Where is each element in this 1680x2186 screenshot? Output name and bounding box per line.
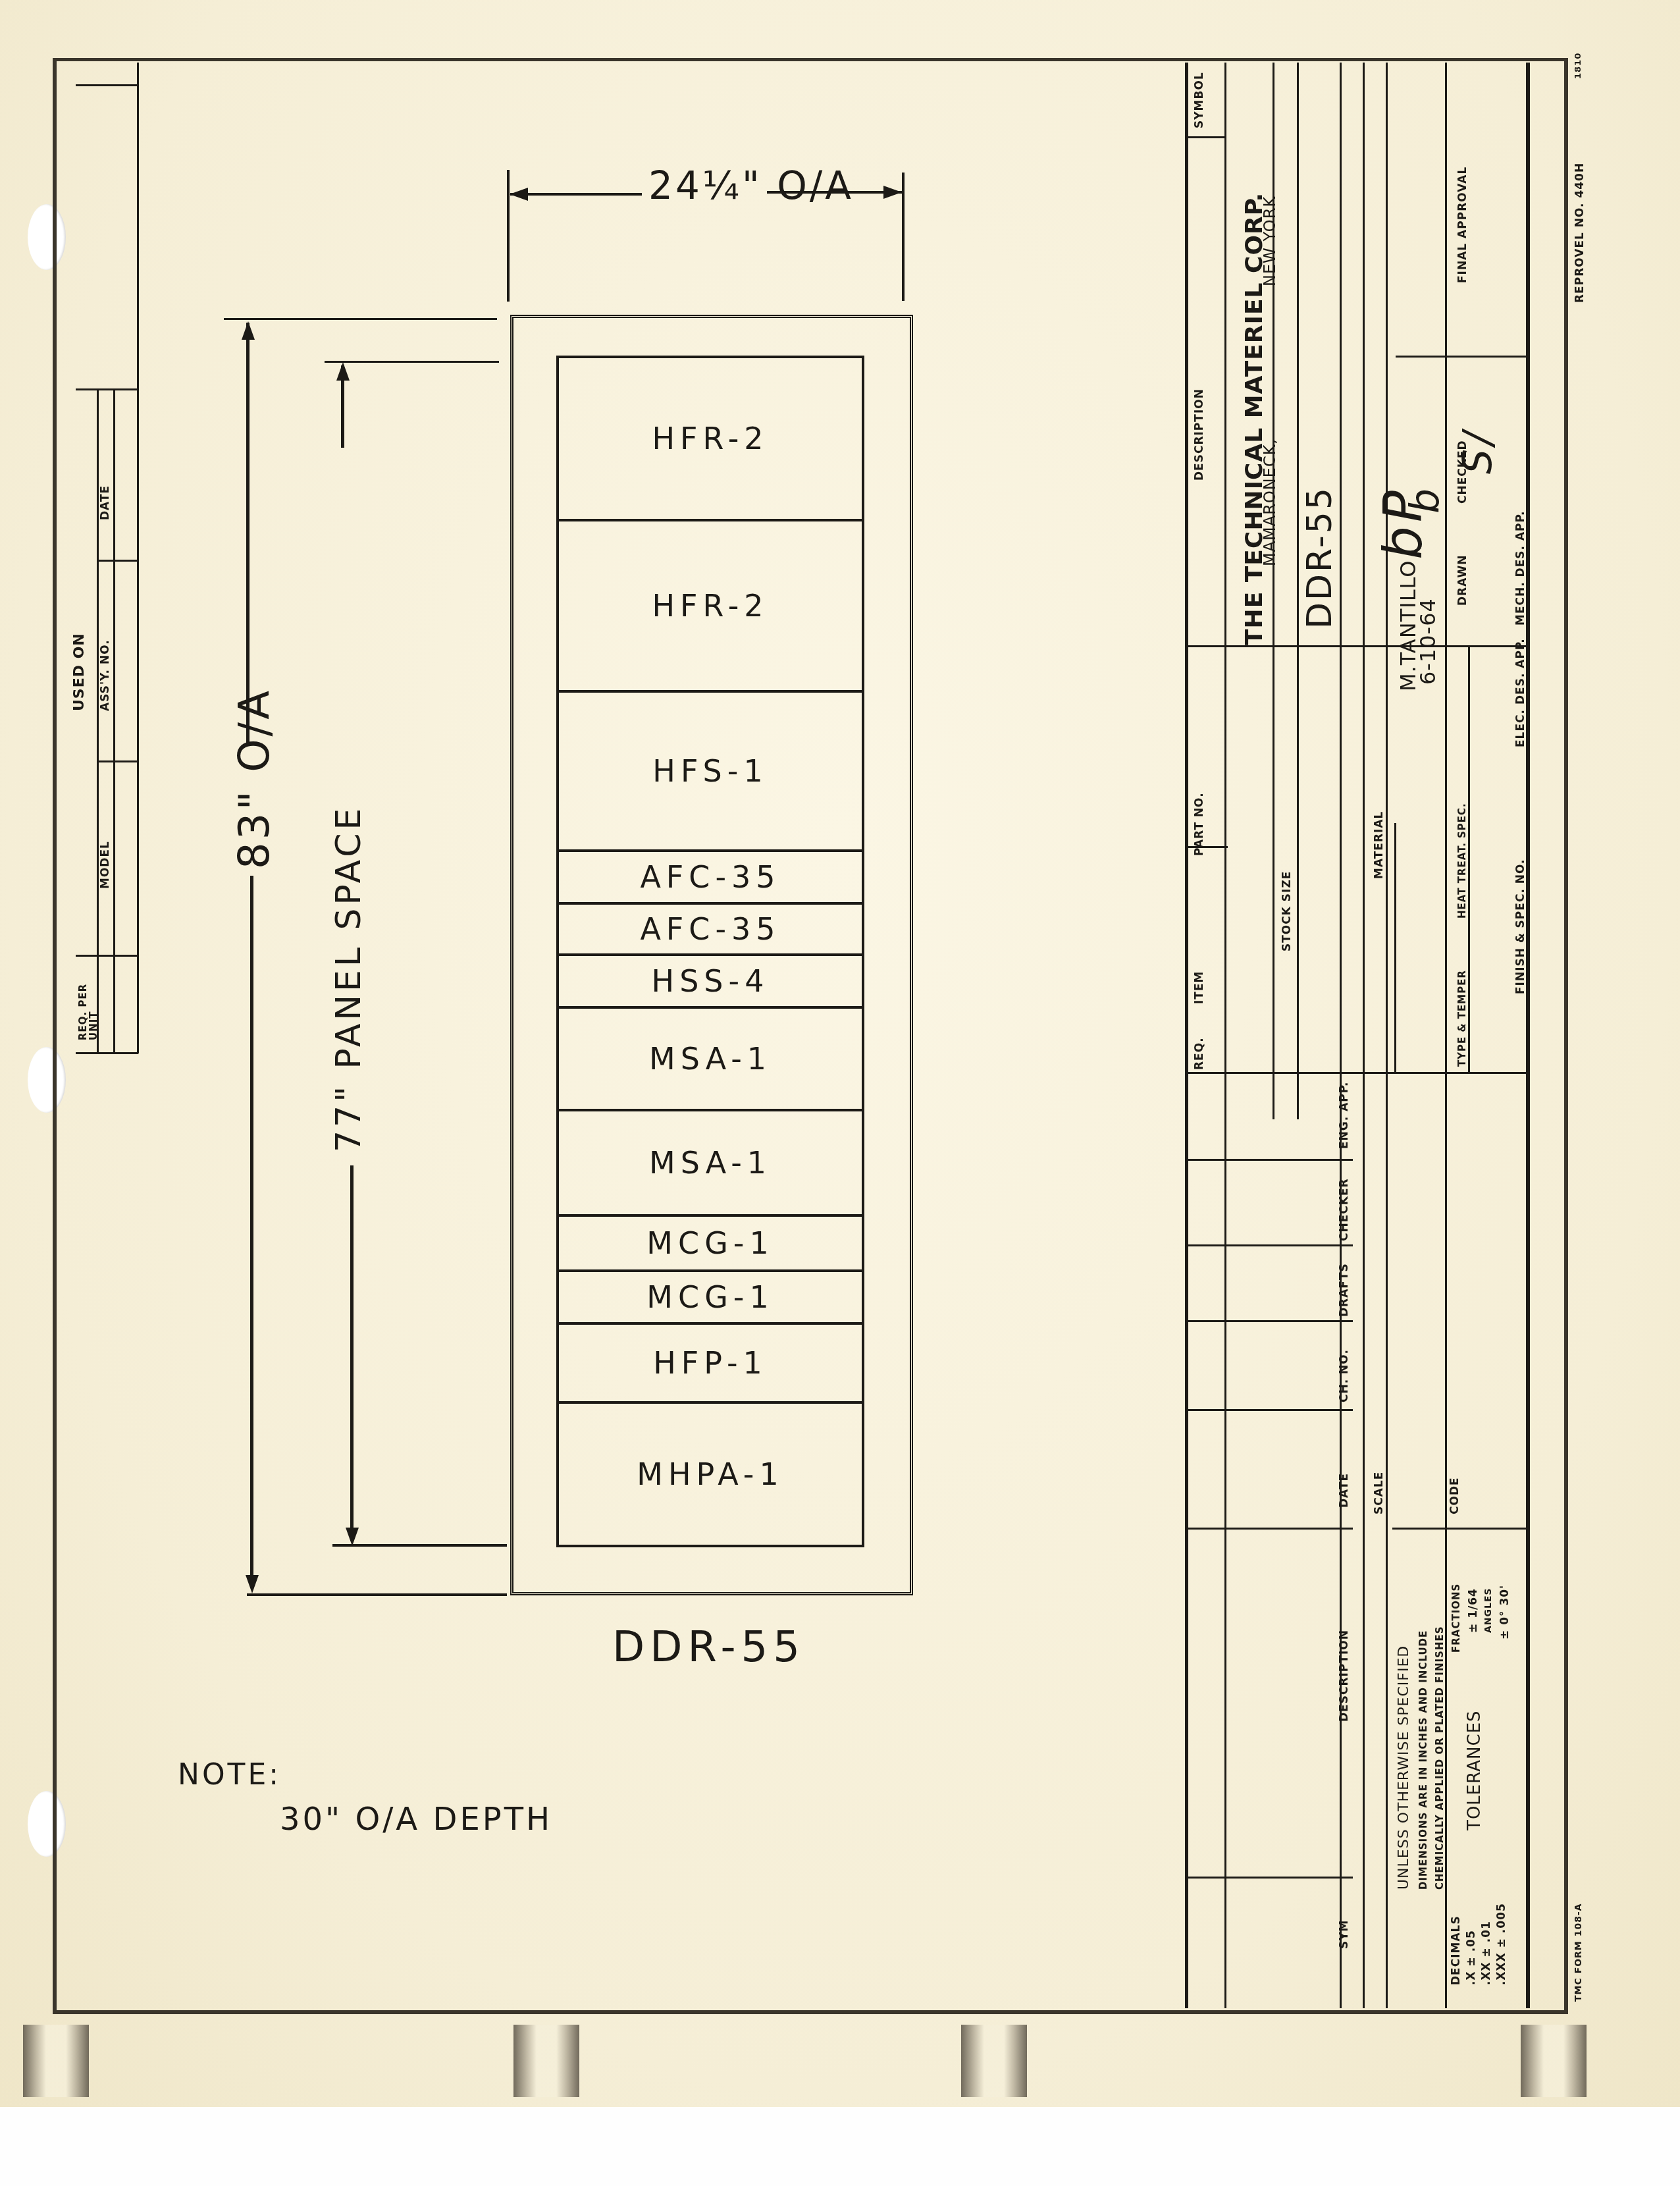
binding-tab-icon — [513, 2025, 579, 2097]
chemical-note: CHEMICALLY APPLIED OR PLATED FINISHES — [1434, 1626, 1446, 1890]
req-header: REQ. — [1193, 1037, 1206, 1070]
req-per-unit-header: REQ. PER UNIT — [78, 961, 99, 1040]
panel-label: MSA-1 — [649, 1041, 772, 1077]
rack-panel: AFC-35 — [559, 852, 862, 905]
panel-label: MSA-1 — [649, 1145, 772, 1181]
elec-des-app-label: ELEC. DES. APP. — [1514, 638, 1527, 747]
scan-margin — [0, 2107, 1680, 2186]
form-number: TMC FORM 108-A — [1573, 1903, 1584, 2002]
part-no-header: PART NO. — [1193, 792, 1206, 856]
panel-label: AFC-35 — [640, 859, 780, 895]
code-label: CODE — [1448, 1477, 1461, 1514]
overall-width-label: 24¼" O/A — [648, 163, 854, 208]
decimal-tolerance-x: .X ± .05 — [1465, 1930, 1478, 1985]
revision-eng-app-header: ENG. APP. — [1338, 1081, 1351, 1149]
company-city: MAMARONECK, — [1261, 439, 1279, 566]
fractions-label: FRACTIONS — [1450, 1584, 1462, 1653]
checked-signature: S/ — [1455, 428, 1501, 474]
edge-mark: 1810 — [1573, 53, 1583, 79]
symbol-header: SYMBOL — [1193, 72, 1206, 128]
panel-label: HFR-2 — [652, 421, 768, 456]
item-header: ITEM — [1193, 971, 1206, 1004]
angles-label: ANGLES — [1483, 1587, 1494, 1633]
revision-description-header: DESCRIPTION — [1338, 1630, 1351, 1722]
type-temper-label: TYPE & TEMPER — [1456, 970, 1468, 1067]
binding-tab-icon — [23, 2025, 89, 2097]
rack-panel: HFR-2 — [559, 358, 862, 521]
rack-panel: MSA-1 — [559, 1009, 862, 1111]
panel-label: HFR-2 — [652, 588, 768, 624]
date-header: DATE — [99, 485, 112, 520]
decimals-label: DECIMALS — [1450, 1915, 1463, 1985]
panel-label: HSS-4 — [652, 963, 770, 999]
rack-panel: AFC-35 — [559, 905, 862, 956]
drawn-date: 6-10-64 — [1415, 598, 1440, 685]
final-approval-label: FINAL APPROVAL — [1456, 167, 1469, 283]
tolerances-label: TOLERANCES — [1465, 1710, 1484, 1830]
panel-label: HFS-1 — [652, 753, 768, 789]
rack-panel-stack: HFR-2 HFR-2 HFS-1 AFC-35 AFC-35 HSS-4 MS… — [556, 356, 864, 1547]
overall-height-label: 83" O/A — [230, 688, 279, 869]
decimal-tolerance-xxx: .XXX ± .005 — [1495, 1903, 1508, 1985]
used-on-title: USED ON — [71, 633, 88, 711]
reprovel-number: REPROVEL NO. 440H — [1573, 163, 1587, 303]
revision-sym-header: SYM — [1338, 1920, 1351, 1949]
unless-note: UNLESS OTHERWISE SPECIFIED — [1396, 1645, 1412, 1890]
heat-treat-label: HEAT TREAT. SPEC. — [1456, 803, 1468, 919]
angles-value: ± 0° 30' — [1498, 1585, 1511, 1639]
assy-no-header: ASS'Y. NO. — [99, 639, 112, 711]
panel-label: HFP-1 — [653, 1345, 768, 1381]
binding-tab-icon — [1521, 2025, 1587, 2097]
mech-des-app-label: MECH. DES. APP. — [1514, 511, 1527, 626]
rack-panel: HFR-2 — [559, 521, 862, 693]
revision-chno-header: CH. NO. — [1338, 1349, 1351, 1402]
panel-label: MCG-1 — [646, 1279, 774, 1315]
finish-spec-label: FINISH & SPEC. NO. — [1514, 859, 1527, 994]
note-heading: NOTE: — [178, 1758, 281, 1792]
scale-label: SCALE — [1373, 1472, 1386, 1514]
rack-panel: MCG-1 — [559, 1217, 862, 1272]
revision-date-header: DATE — [1338, 1473, 1351, 1508]
revision-drafts-header: DRAFTS — [1338, 1263, 1351, 1317]
panel-label: AFC-35 — [640, 911, 780, 947]
stock-size-header: STOCK SIZE — [1280, 871, 1294, 951]
decimal-tolerance-xx: .XX ± .01 — [1480, 1921, 1493, 1985]
rack-panel: MSA-1 — [559, 1111, 862, 1217]
fractions-value: ± 1/64 — [1467, 1588, 1480, 1633]
rack-panel: MCG-1 — [559, 1272, 862, 1325]
rack-panel: HFS-1 — [559, 693, 862, 852]
rack-caption: DDR-55 — [612, 1623, 805, 1672]
rack-panel: MHPA-1 — [559, 1404, 862, 1545]
drawn-label: DRAWN — [1456, 554, 1469, 606]
rack-panel: HFP-1 — [559, 1325, 862, 1404]
rack-panel: HSS-4 — [559, 956, 862, 1009]
revision-checker-header: CHECKER — [1338, 1178, 1351, 1241]
binding-tab-icon — [961, 2025, 1027, 2097]
note-text: 30" O/A DEPTH — [280, 1801, 552, 1838]
panel-label: MHPA-1 — [637, 1456, 783, 1492]
company-state: NEW YORK — [1261, 196, 1279, 286]
material-header: MATERIAL — [1373, 811, 1386, 879]
dimensions-note: DIMENSIONS ARE IN INCHES AND INCLUDE — [1417, 1630, 1429, 1890]
description-header: DESCRIPTION — [1193, 388, 1206, 481]
panel-space-label: 77" PANEL SPACE — [329, 805, 369, 1152]
model-header: MODEL — [99, 841, 112, 889]
panel-label: MCG-1 — [646, 1225, 774, 1261]
part-description: DDR-55 — [1300, 486, 1340, 629]
drafter-initials-signature: b — [1402, 485, 1448, 514]
